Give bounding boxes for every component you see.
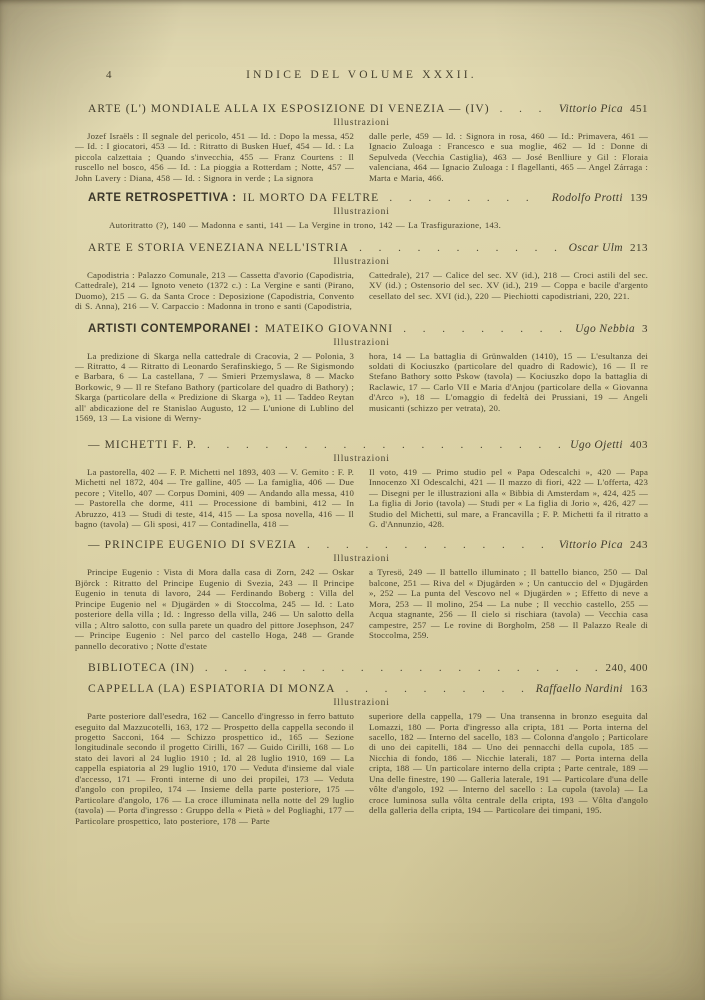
index-entry: — MICHETTI F. P. . . . . . . . . . . . .… (75, 439, 648, 530)
illustrations-column-left: Capodistria : Palazzo Comunale, 213 — Ca… (75, 270, 354, 312)
page-number: 4 (106, 69, 112, 81)
entry-heading: ARTE (L') MONDIALE ALLA IX ESPOSIZIONE D… (75, 103, 648, 115)
entry-title: — PRINCIPE EUGENIO DI SVEZIA (88, 539, 297, 551)
entry-heading: ARTE RETROSPETTIVA : IL MORTO DA FELTRE … (75, 192, 648, 204)
entry-page-ref: 243 (630, 539, 648, 551)
index-entry: ARTISTI CONTEMPORANEI : MATEIKO GIOVANNI… (75, 323, 648, 424)
entry-author: Vittorio Pica (559, 539, 623, 551)
illustrations-label: Illustrazioni (75, 698, 648, 708)
entry-title: ARTE (L') MONDIALE ALLA IX ESPOSIZIONE D… (88, 103, 490, 115)
illustrations-label: Illustrazioni (75, 338, 648, 348)
entry-heading: BIBLIOTECA (IN) . . . . . . . . . . . . … (75, 662, 648, 674)
index-entry: ARTE (L') MONDIALE ALLA IX ESPOSIZIONE D… (75, 103, 648, 183)
leader-dots: . . . . . . (500, 103, 553, 115)
entry-title: ARTE E STORIA VENEZIANA NELL'ISTRIA (88, 242, 349, 254)
entry-category-label: ARTE RETROSPETTIVA : (88, 192, 237, 204)
leader-dots: . . . . . . . . . . . . . . (359, 242, 562, 254)
index-entry: BIBLIOTECA (IN) . . . . . . . . . . . . … (75, 662, 648, 674)
leader-dots: . . . . . . . . . . . . . . . . . . . . … (205, 662, 600, 674)
illustrations-column-left: Parte posteriore dall'esedra, 162 — Canc… (75, 711, 354, 826)
leader-dots: . . . . . . . . . . . (403, 323, 569, 335)
entry-page-ref: 240, 400 (606, 662, 649, 674)
entry-title: MATEIKO GIOVANNI (265, 323, 393, 335)
entry-page-ref: 451 (630, 103, 648, 115)
entry-author: Vittorio Pica (559, 103, 623, 115)
volume-index-title: INDICE DEL VOLUME XXXII. (75, 69, 648, 81)
entry-title: IL MORTO DA FELTRE (243, 192, 380, 204)
index-entry: — PRINCIPE EUGENIO DI SVEZIA . . . . . .… (75, 539, 648, 651)
illustrations-list: Capodistria : Palazzo Comunale, 213 — Ca… (75, 270, 648, 312)
illustrations-column-right: a Tyresö, 249 — Il battello illuminato ;… (369, 567, 648, 651)
index-entry: ARTE E STORIA VENEZIANA NELL'ISTRIA . . … (75, 242, 648, 312)
entry-heading: — MICHETTI F. P. . . . . . . . . . . . .… (75, 439, 648, 451)
index-entry: ARTE RETROSPETTIVA : IL MORTO DA FELTRE … (75, 192, 648, 230)
entry-heading: ARTE E STORIA VENEZIANA NELL'ISTRIA . . … (75, 242, 648, 254)
leader-dots: . . . . . . . . . . . . . . . . . . . . … (207, 439, 564, 451)
entry-page-ref: 403 (630, 439, 648, 451)
illustrations-line: Autoritratto (?), 140 — Madonna e santi,… (75, 220, 648, 230)
running-head: 4 INDICE DEL VOLUME XXXII. (75, 0, 648, 84)
illustrations-column-right: superiore della cappella, 179 — Una tran… (369, 711, 648, 826)
index-entry: CAPPELLA (LA) ESPIATORIA DI MONZA . . . … (75, 683, 648, 826)
illustrations-column-right: dalle perle, 459 — Id. : Signora in rosa… (369, 131, 648, 183)
entry-title: — MICHETTI F. P. (88, 439, 197, 451)
leader-dots: . . . . . . . . . . . . . . . . . . (307, 539, 553, 551)
illustrations-label: Illustrazioni (75, 554, 648, 564)
illustrations-column-left: Principe Eugenio : Vista di Mora dalla c… (75, 567, 354, 651)
entry-heading: CAPPELLA (LA) ESPIATORIA DI MONZA . . . … (75, 683, 648, 695)
illustrations-list: La pastorella, 402 — F. P. Michetti nel … (75, 467, 648, 530)
leader-dots: . . . . . . . . . . . . (389, 192, 545, 204)
illustrations-list: Jozef Israëls : Il segnale del pericolo,… (75, 131, 648, 183)
entry-title: CAPPELLA (LA) ESPIATORIA DI MONZA (88, 683, 336, 695)
illustrations-column-right: Il voto, 419 — Primo studio pel « Papa O… (369, 467, 648, 530)
entry-heading: ARTISTI CONTEMPORANEI : MATEIKO GIOVANNI… (75, 323, 648, 335)
entry-category-label: ARTISTI CONTEMPORANEI : (88, 323, 259, 335)
entry-title: BIBLIOTECA (IN) (88, 662, 195, 674)
illustrations-label: Illustrazioni (75, 454, 648, 464)
illustrations-column-left: La pastorella, 402 — F. P. Michetti nel … (75, 467, 354, 530)
entry-author: Ugo Ojetti (570, 439, 623, 451)
entry-page-ref: 163 (630, 683, 648, 695)
illustrations-label: Illustrazioni (75, 118, 648, 128)
illustrations-list: Principe Eugenio : Vista di Mora dalla c… (75, 567, 648, 651)
entry-heading: — PRINCIPE EUGENIO DI SVEZIA . . . . . .… (75, 539, 648, 551)
illustrations-column-right: hora, 14 — La battaglia di Grünwalden (1… (369, 351, 648, 424)
entry-page-ref: 139 (630, 192, 648, 204)
entry-author: Ugo Nebbia (575, 323, 635, 335)
illustrations-column-left: La predizione di Skarga nella cattedrale… (75, 351, 354, 424)
illustrations-label: Illustrazioni (75, 207, 648, 217)
illustrations-list: Parte posteriore dall'esedra, 162 — Canc… (75, 711, 648, 826)
entry-author: Raffaello Nardini (536, 683, 623, 695)
scanned-index-page: 4 INDICE DEL VOLUME XXXII. ARTE (L') MON… (0, 0, 705, 1000)
entry-page-ref: 3 (642, 323, 648, 335)
illustrations-column-right: Cattedrale), 217 — Calice del sec. XV (i… (369, 270, 648, 312)
illustrations-label: Illustrazioni (75, 257, 648, 267)
leader-dots: . . . . . . . . . . . . . (346, 683, 530, 695)
illustrations-column-left: Jozef Israëls : Il segnale del pericolo,… (75, 131, 354, 183)
entry-author: Oscar Ulm (569, 242, 623, 254)
entry-author: Rodolfo Protti (552, 192, 623, 204)
entry-page-ref: 213 (630, 242, 648, 254)
illustrations-list: La predizione di Skarga nella cattedrale… (75, 351, 648, 424)
